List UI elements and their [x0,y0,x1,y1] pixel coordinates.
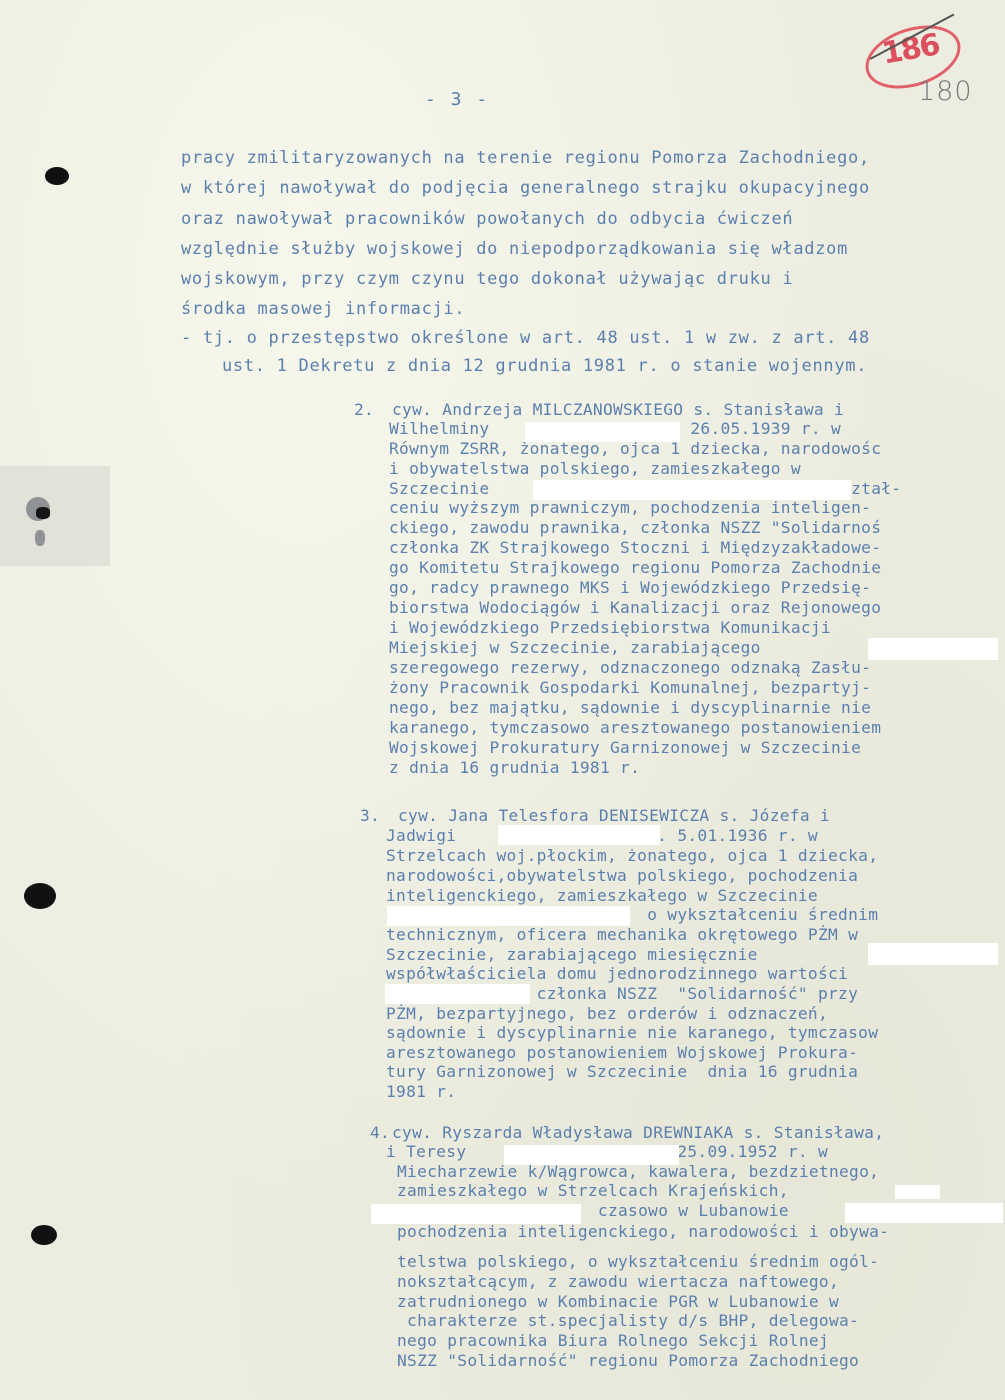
body-line: w której nawoływał do podjęcia generalne… [181,180,870,197]
item-line: 1981 r. [386,1084,456,1100]
item-line: sądownie i dyscyplinarnie nie karanego, … [386,1025,878,1041]
item-line: go Komitetu Strajkowego regionu Pomorza … [389,560,881,576]
item-number: 2. [354,402,374,418]
redaction-box [868,943,998,965]
item-line: cyw. Jana Telesfora DENISEWICZA s. Józef… [398,808,830,824]
item-line: pochodzenia inteligenckiego, narodowości… [397,1224,889,1240]
binding-hole-icon [24,883,56,909]
scan-artifact-patch [0,466,110,566]
item-line: nokształcącym, z zawodu wiertacza naftow… [397,1274,839,1290]
item-line: nego pracownika Biura Rolnego Sekcji Rol… [397,1333,829,1349]
document-page: 186 180 - 3 - pracy zmilitaryzowanych na… [0,0,1005,1400]
item-line: narodowości,obywatelstwa polskiego, poch… [386,868,858,884]
item-line: Miecharzewie k/Wągrowca, kawalera, bezdz… [397,1164,879,1180]
item-line: go, radcy prawnego MKS i Wojewódzkiego P… [389,580,871,596]
body-line: wojskowym, przy czym czynu tego dokonał … [181,271,793,288]
item-line: ceniu wyższym prawniczym, pochodzenia in… [389,500,871,516]
item-line: współwłaściciela domu jednorodzinnego wa… [386,966,848,982]
redaction-box [895,1185,940,1199]
item-line: zatrudnionego w Kombinacie PGR w Lubanow… [397,1294,839,1310]
redaction-box [387,906,630,926]
item-line: nego, bez majątku, sądownie i dyscyplina… [389,700,871,716]
page-number: - 3 - [425,89,489,110]
redaction-box [533,480,851,500]
item-line: żony Pracownik Gospodarki Komunalnej, be… [389,680,871,696]
item-line: Równym ZSRR, żonatego, ojca 1 dziecka, n… [389,441,881,457]
redaction-box [868,638,998,660]
archive-stamp: 186 [860,18,960,84]
item-line: inteligenckiego, zamieszkałego w Szczeci… [386,888,818,904]
pencil-page-number: 180 [918,76,973,107]
item-line: technicznym, oficera mechanika okrętoweg… [386,927,858,943]
redaction-box [845,1203,1003,1223]
item-line: cyw. Ryszarda Władysława DREWNIAKA s. St… [392,1125,884,1141]
body-line: oraz nawoływał pracowników powołanych do… [181,211,793,228]
item-number: 3. [360,808,380,824]
item-line: biorstwa Wodociągów i Kanalizacji oraz R… [389,600,881,616]
item-line: aresztowanego postanowieniem Wojskowej P… [386,1045,858,1061]
redaction-box [371,1204,581,1224]
item-line: członka ZK Strajkowego Stoczni i Międzyz… [389,540,881,556]
item-line: NSZZ "Solidarność" regionu Pomorza Zacho… [397,1353,859,1369]
body-line: środka masowej informacji. [181,301,465,318]
item-line: Szczecinie, zarabiającego miesięcznie [386,947,758,963]
redaction-box [498,825,660,845]
item-number: 4. [370,1125,390,1141]
punch-hole-core [36,507,50,519]
item-line: zamieszkałego w Strzelcach Krajeńskich, [397,1183,789,1199]
charge-line: - tj. o przestępstwo określone w art. 48… [181,330,870,347]
item-line: i Wojewódzkiego Przedsiębiorstwa Komunik… [389,620,831,636]
punch-hole-tail [35,530,45,546]
item-line: Miejskiej w Szczecinie, zarabiającego [389,640,761,656]
redaction-box [385,984,530,1004]
item-line: cyw. Andrzeja MILCZANOWSKIEGO s. Stanisł… [392,402,844,418]
redaction-box [504,1145,679,1165]
charge-line: ust. 1 Dekretu z dnia 12 grudnia 1981 r.… [222,358,867,375]
item-line: z dnia 16 grudnia 1981 r. [389,760,640,776]
body-line: względnie służby wojskowej do niepodporz… [181,241,848,258]
item-line: PŻM, bezpartyjnego, bez orderów i odznac… [386,1006,828,1022]
item-line: ckiego, zawodu prawnika, członka NSZZ "S… [389,520,881,536]
item-line: i obywatelstwa polskiego, zamieszkałego … [389,461,801,477]
item-line: Strzelcach woj.płockim, żonatego, ojca 1… [386,848,878,864]
item-line: Wojskowej Prokuratury Garnizonowej w Szc… [389,740,861,756]
item-line: tury Garnizonowej w Szczecinie dnia 16 g… [386,1064,858,1080]
item-line: charakterze st.specjalisty d/s BHP, dele… [397,1313,859,1329]
redaction-box [525,422,680,442]
item-line: karanego, tymczasowo aresztowanego posta… [389,720,881,736]
item-line: telstwa polskiego, o wykształceniu średn… [397,1254,879,1270]
binding-hole-icon [45,167,69,185]
binding-hole-icon [31,1225,57,1245]
item-line: szeregowego rezerwy, odznaczonego odznak… [389,660,871,676]
body-line: pracy zmilitaryzowanych na terenie regio… [181,150,870,167]
